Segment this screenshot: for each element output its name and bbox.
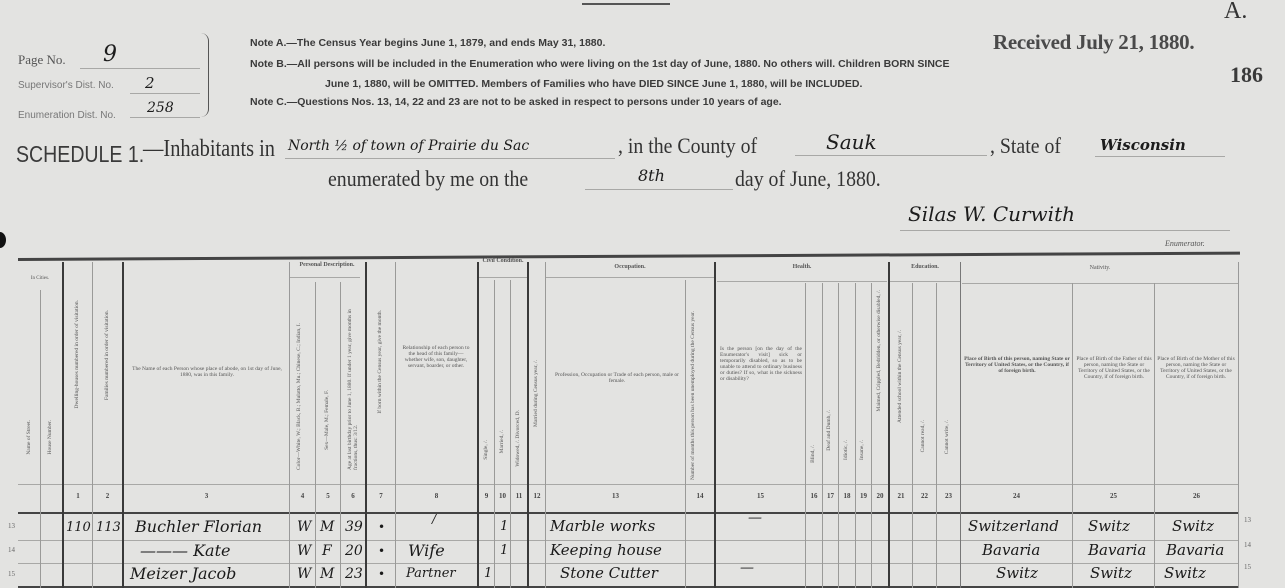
col-header-mother-birthplace: Place of Birth of the Mother of this per…	[1157, 356, 1235, 380]
group-sub-rule	[546, 277, 714, 278]
col-divider	[40, 290, 41, 588]
line-number-left: 14	[8, 546, 15, 554]
group-nativity: Nativity.	[964, 265, 1236, 271]
col-header-occupation: Profession, Occupation or Trade of each …	[552, 372, 682, 384]
col-num-10: 10	[495, 492, 510, 500]
col-header-house-number: House Number.	[47, 420, 53, 455]
col-num-23: 23	[937, 492, 960, 500]
cell-occupation: Keeping house	[550, 541, 662, 559]
col-header-family: Families numbered in order of visitation…	[104, 310, 110, 400]
cell-age: 39	[345, 519, 363, 535]
page-no-value: 9	[103, 42, 117, 67]
cell-mother-birthplace: Switz	[1164, 564, 1206, 582]
cell-name: ——— Kate	[140, 541, 230, 560]
col-divider	[365, 262, 367, 588]
col-divider	[62, 262, 64, 588]
col-num-8: 8	[396, 492, 477, 500]
col-num-14: 14	[686, 492, 714, 500]
col-header-cannot-read: Cannot read, /.	[920, 420, 926, 452]
col-divider	[315, 282, 316, 588]
col-header-age: Age at last birthday prior to June 1, 18…	[347, 290, 361, 470]
day-value: 8th	[638, 166, 665, 185]
col-num-12: 12	[529, 492, 545, 500]
col-header-dwelling: Dwelling-houses numbered in order of vis…	[74, 300, 80, 408]
col-divider	[822, 283, 823, 588]
col-header-birth-month: If born within the Census year, give the…	[377, 310, 383, 414]
place-line	[285, 158, 615, 159]
col-header-street: Name of Street.	[26, 420, 32, 455]
col-num-15: 15	[716, 492, 805, 500]
enumeration-dist-value: 258	[147, 100, 174, 116]
cell-father-birthplace: Switz	[1088, 517, 1130, 535]
cell-sex: M	[320, 566, 334, 582]
col-num-2: 2	[93, 492, 122, 500]
col-divider	[936, 283, 937, 588]
col-divider	[510, 280, 511, 588]
header-bracket	[200, 33, 209, 117]
col-divider	[395, 262, 396, 588]
group-sub-rule	[717, 281, 887, 282]
cell-color: W	[297, 519, 311, 535]
col-divider	[494, 280, 495, 588]
day-line	[585, 189, 733, 190]
day-suffix: day of June, 1880.	[735, 166, 881, 192]
col-num-20: 20	[872, 492, 888, 500]
cell-relation: /	[432, 512, 436, 526]
state-line	[1095, 156, 1225, 157]
county-label: , in the County of	[618, 133, 757, 159]
supervisor-line	[130, 93, 200, 94]
col-header-father-birthplace: Place of Birth of the Father of this per…	[1076, 356, 1152, 380]
col-divider	[1072, 283, 1073, 588]
cell-father-birthplace: Switz	[1090, 564, 1132, 582]
cell-color: W	[297, 566, 311, 582]
group-sub-rule	[890, 281, 960, 282]
line-number-left: 15	[8, 570, 15, 578]
col-num-13: 13	[546, 492, 685, 500]
col-num-19: 19	[856, 492, 871, 500]
cell-age: 23	[345, 566, 363, 582]
line-number-right: 13	[1244, 516, 1251, 524]
county-line	[795, 155, 987, 156]
col-divider	[855, 283, 856, 588]
col-divider	[289, 262, 290, 588]
col-num-1: 1	[64, 492, 92, 500]
col-divider	[340, 282, 341, 588]
cell-family: 113	[96, 520, 121, 535]
signature-line	[900, 230, 1230, 231]
col-header-months-unemployed: Number of months this person has been un…	[690, 285, 710, 480]
cell-relation: Partner	[406, 566, 456, 581]
stamp-number: 186	[1230, 62, 1263, 88]
cell-occupation: Marble works	[550, 517, 655, 535]
col-divider	[1238, 262, 1239, 588]
line-number-right: 15	[1244, 563, 1251, 571]
col-divider	[527, 262, 529, 588]
col-num-24: 24	[961, 492, 1072, 500]
col-header-color: Color—White, W.; Black, B.; Mulatto, Mu.…	[296, 290, 310, 470]
colnum-top-rule	[18, 484, 1238, 485]
col-header-idiotic: Idiotic, /.	[843, 440, 849, 460]
col-divider	[477, 262, 479, 588]
col-header-married-during-year: Married during Census year, /.	[533, 360, 539, 427]
group-sub-rule	[290, 277, 360, 278]
cell-sickness: —	[740, 560, 754, 576]
col-num-21: 21	[890, 492, 912, 500]
cell-mother-birthplace: Switz	[1172, 517, 1214, 535]
enumeration-dist-label: Enumeration Dist. No.	[18, 110, 116, 121]
group-in-cities: In Cities.	[22, 276, 58, 281]
col-header-single: Single, /.	[483, 440, 489, 460]
col-num-7: 7	[367, 492, 395, 500]
col-num-5: 5	[316, 492, 340, 500]
col-header-birthplace: Place of Birth of this person, naming St…	[964, 356, 1070, 374]
schedule-title: SCHEDULE 1.	[16, 141, 144, 168]
col-divider	[805, 283, 806, 588]
note-a: Note A.—The Census Year begins June 1, 1…	[250, 37, 605, 49]
col-divider	[838, 283, 839, 588]
cell-relation: Wife	[408, 541, 445, 560]
col-header-name: The Name of each Person whose place of a…	[132, 366, 282, 378]
page-no-label: Page No.	[18, 52, 66, 68]
col-num-4: 4	[290, 492, 315, 500]
cell-sickness: —	[748, 510, 762, 526]
enumerated-label: enumerated by me on the	[328, 166, 528, 192]
col-header-blind: Blind, /.	[810, 445, 816, 463]
col-header-relationship: Relationship of each person to the head …	[400, 345, 472, 369]
header-bottom-rule	[18, 512, 1238, 514]
note-b-line1: Note B.—All persons will be included in …	[250, 58, 950, 70]
cell-sex: F	[322, 543, 332, 559]
col-divider	[960, 262, 961, 588]
note-b-line2: June 1, 1880, will be OMITTED. Members o…	[325, 78, 862, 90]
col-num-25: 25	[1073, 492, 1154, 500]
line-number-left: 13	[8, 522, 15, 530]
cell-single: 1	[484, 566, 492, 581]
col-divider	[714, 262, 716, 588]
received-stamp: Received July 21, 1880.	[993, 30, 1194, 55]
cell-birthplace: Switz	[996, 564, 1038, 582]
cell-color: W	[297, 543, 311, 559]
col-num-6: 6	[341, 492, 365, 500]
cell-father-birthplace: Bavaria	[1088, 541, 1146, 559]
top-rule	[582, 3, 670, 5]
cell-occupation: Stone Cutter	[560, 564, 658, 582]
state-label: , State of	[990, 133, 1061, 159]
col-num-3: 3	[124, 492, 289, 500]
cell-birthplace: Bavaria	[982, 541, 1040, 559]
county-value: Sauk	[826, 130, 877, 154]
enumerator-signature: Silas W. Curwith	[908, 202, 1075, 226]
col-num-26: 26	[1155, 492, 1238, 500]
cell-birthplace: Switzerland	[968, 517, 1059, 535]
line-number-right: 14	[1244, 541, 1251, 549]
cell-married: 1	[500, 543, 508, 558]
col-header-cannot-write: Cannot write, /.	[944, 420, 950, 454]
col-header-insane: Insane, /.	[859, 440, 865, 460]
col-divider	[92, 262, 93, 588]
group-civil-condition: Civil Condition.	[480, 258, 526, 264]
col-num-17: 17	[823, 492, 838, 500]
col-divider	[888, 262, 890, 588]
group-health: Health.	[718, 264, 886, 270]
col-divider	[912, 283, 913, 588]
supervisor-dist-value: 2	[145, 74, 155, 92]
col-header-sex: Sex—Male, M.; Female, F.	[324, 390, 330, 450]
col-header-deaf-dumb: Deaf and Dumb, /.	[826, 410, 832, 451]
place-value: North ½ of town of Prairie du Sac	[288, 138, 529, 154]
col-divider	[545, 262, 546, 588]
group-sub-rule	[962, 283, 1238, 284]
col-header-sickness: Is the person [on the day of the Enumera…	[720, 346, 802, 382]
col-divider	[871, 283, 872, 588]
col-num-18: 18	[839, 492, 855, 500]
cell-month: •	[378, 544, 385, 558]
group-sub-rule	[478, 277, 528, 278]
col-header-attended-school: Attended school within the Census year, …	[897, 330, 903, 423]
col-header-maimed: Maimed, Crippled, Bedridden, or otherwis…	[876, 290, 882, 411]
col-num-22: 22	[913, 492, 936, 500]
col-header-married: Married, /.	[499, 430, 505, 453]
state-value: Wisconsin	[1100, 136, 1186, 154]
note-c: Note C.—Questions Nos. 13, 14, 22 and 23…	[250, 96, 782, 108]
cell-age: 20	[345, 543, 363, 559]
table-top-rule	[18, 252, 1240, 261]
page-no-line	[80, 68, 200, 69]
cell-sex: M	[320, 519, 334, 535]
cell-married: 1	[500, 519, 508, 534]
col-num-16: 16	[806, 492, 822, 500]
col-num-9: 9	[479, 492, 494, 500]
group-personal-description: Personal Description.	[292, 262, 362, 268]
supervisor-dist-label: Supervisor's Dist. No.	[18, 80, 114, 91]
col-num-11: 11	[511, 492, 527, 500]
group-education: Education.	[892, 264, 958, 270]
binding-hole	[0, 232, 6, 248]
col-divider	[1154, 283, 1155, 588]
cell-name: Buchler Florian	[135, 517, 262, 536]
cell-name: Meizer Jacob	[130, 564, 236, 583]
inhabitants-in-label: —Inhabitants in	[143, 136, 275, 163]
corner-letter: A.	[1224, 0, 1247, 25]
col-divider	[685, 280, 686, 588]
cell-month: •	[378, 567, 385, 581]
cell-mother-birthplace: Bavaria	[1166, 541, 1224, 559]
col-header-widowed: Widowed, /. Divorced, D.	[515, 410, 521, 467]
col-divider	[122, 262, 124, 588]
cell-dwelling: 110	[66, 520, 91, 535]
group-occupation: Occupation.	[548, 264, 712, 270]
enumeration-line	[130, 117, 200, 118]
cell-month: •	[378, 520, 385, 534]
enumerator-label: Enumerator.	[1165, 239, 1205, 248]
